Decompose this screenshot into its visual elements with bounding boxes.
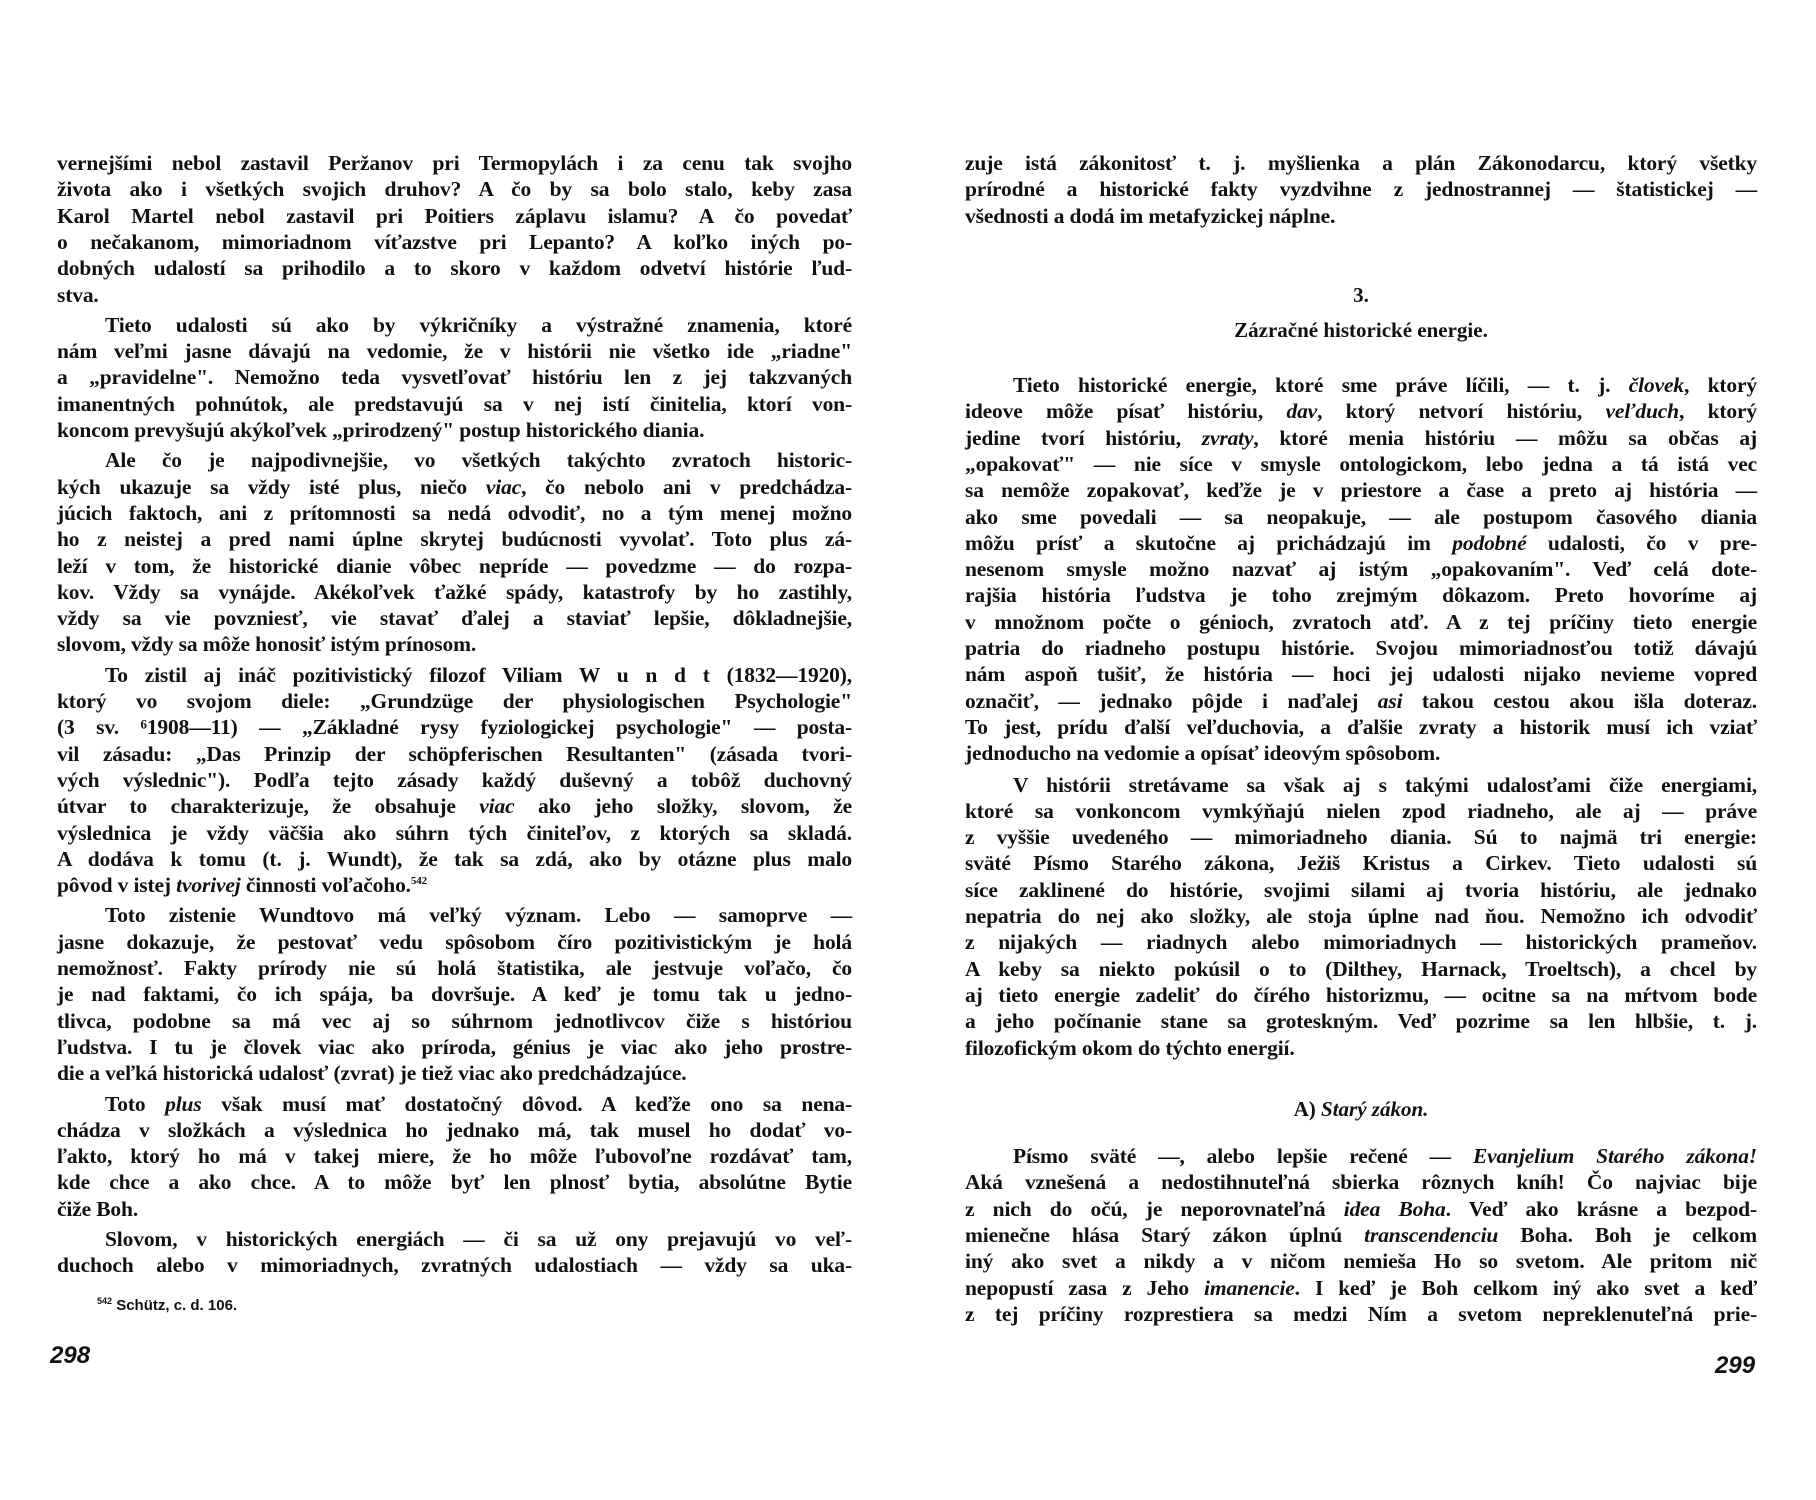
text-line: filozofickým okom do týchto energií. [965, 1035, 1757, 1062]
text-line: nemožnosť. Fakty prírody nie sú holá šta… [57, 955, 852, 982]
text-line: vždy sa vie povzniesť, vie stavať ďalej … [57, 605, 852, 632]
text-line: A keby sa niekto pokúsil o to (Dilthey, … [965, 956, 1757, 983]
text-line: Slovom, v historických energiách — či sa… [57, 1226, 852, 1253]
text-line: duchoch alebo v mimoriadnych, zvratných … [57, 1252, 852, 1279]
text-line: dobných udalostí sa prihodilo a to skoro… [57, 255, 852, 282]
text-line: všednosti a dodá im metafyzickej náplne. [965, 203, 1757, 230]
text-line: vernejšími nebol zastavil Peržanov pri T… [57, 150, 852, 177]
text-line: čiže Boh. [57, 1196, 852, 1223]
text-line: Písmo sväté —, alebo lepšie rečené — Eva… [965, 1143, 1757, 1170]
text-line: rajšia história ľudstva je toho zrejmým … [965, 582, 1757, 609]
text-line: jedine tvorí históriu, zvraty, ktoré men… [965, 425, 1757, 452]
text-line: ako sme povedali — sa neopakuje, — ale p… [965, 504, 1757, 531]
text-line: nepopustí zasa z Jeho imanencie. I keď j… [965, 1275, 1757, 1302]
text-line: z tej príčiny rozprestiera sa medzi Ním … [965, 1301, 1757, 1328]
text-line: Toto plus však musí mať dostatočný dôvod… [57, 1091, 852, 1118]
text-line: ideove môže písať históriu, dav, ktorý n… [965, 398, 1757, 425]
text-line: To jest, prídu ďalší veľduchovia, a ďalš… [965, 714, 1757, 741]
text-line: útvar to charakterizuje, že obsahuje via… [57, 793, 852, 820]
text-line: chádza v složkách a výslednica ho jednak… [57, 1117, 852, 1144]
text-line: o nečakanom, mimoriadnom víťazstve pri L… [57, 229, 852, 256]
text-line: Karol Martel nebol zastavil pri Poitiers… [57, 203, 852, 230]
text-line: koncom prevyšujú akýkoľvek „prirodzený" … [57, 417, 852, 444]
text-line: v množnom počte o génioch, zvratoch atď.… [965, 609, 1757, 636]
left-page: vernejšími nebol zastavil Peržanov pri T… [0, 0, 908, 1500]
text-line: stva. [57, 282, 852, 309]
text-line: Aká vznešená a nedostihnuteľná sbierka r… [965, 1169, 1757, 1196]
text-line: júcich faktoch, ani z prítomnosti sa ned… [57, 500, 852, 527]
text-line: ľudstva. I tu je človek viac ako príroda… [57, 1034, 852, 1061]
text-line: z vyššie uvedeného — mimoriadneho diania… [965, 824, 1757, 851]
text-line: označiť, — jednako pôjde i naďalej asi t… [965, 688, 1757, 715]
text-line: slovom, vždy sa môže honosiť istým príno… [57, 631, 852, 658]
text-line: ľakto, ktorý ho má v takej miere, že ho … [57, 1143, 852, 1170]
text-line: Toto zistenie Wundtovo má veľký význam. … [57, 902, 852, 929]
text-line: To zistil aj ináč pozitivistický filozof… [57, 662, 852, 689]
text-line: A dodáva k tomu (t. j. Wundt), že tak sa… [57, 846, 852, 873]
text-line: tlivca, podobne sa má vec aj so súhrnom … [57, 1008, 852, 1035]
subsection-title: Starý zákon. [1321, 1097, 1428, 1121]
section-title: Zázračné historické energie. [965, 318, 1757, 343]
footnote-text: Schütz, c. d. 106. [116, 1297, 237, 1314]
text-line: Tieto historické energie, ktoré sme práv… [965, 372, 1757, 399]
text-line: z nich do očú, je neporovnateľná idea Bo… [965, 1196, 1757, 1223]
text-line: aj tieto energie zadeliť do čírého histo… [965, 982, 1757, 1009]
text-line: síce zaklinené do histórie, svojimi sila… [965, 877, 1757, 904]
text-line: Tieto udalosti sú ako by výkričníky a vý… [57, 312, 852, 339]
text-line: die a veľká historická udalosť (zvrat) j… [57, 1060, 852, 1087]
text-line: nesenom smysle možno nazvať aj istým „op… [965, 556, 1757, 583]
text-line: prírodné a historické fakty vyzdvihne z … [965, 176, 1757, 203]
section-number: 3. [965, 283, 1757, 308]
text-line: a „pravidelne". Nemožno teda vysvetľovať… [57, 364, 852, 391]
text-line: jednoducho na vedomie a opísať ideovým s… [965, 740, 1757, 767]
text-line: patria do riadneho postupu histórie. Svo… [965, 635, 1757, 662]
text-line: leží v tom, že historické dianie vôbec n… [57, 553, 852, 580]
text-line: sa nemôže zopakovať, keďže je v priestor… [965, 477, 1757, 504]
text-line: kde chce a ako chce. A to môže byť len p… [57, 1169, 852, 1196]
page-number-left: 298 [50, 1342, 90, 1370]
text-line: Ale čo je najpodivnejšie, vo všetkých ta… [57, 447, 852, 474]
text-line: kov. Vždy sa vynájde. Akékoľvek ťažké sp… [57, 579, 852, 606]
text-line: ktoré sa vonkoncom vymkýňajú nielen zpod… [965, 798, 1757, 825]
text-line: jasne dokazuje, že pestovať vedu spôsobo… [57, 929, 852, 956]
text-line: iný ako svet a nikdy a v ničom nemieša H… [965, 1248, 1757, 1275]
text-line: je nad faktami, čo ich spája, ba dovršuj… [57, 981, 852, 1008]
footnote: 542 Schütz, c. d. 106. [97, 1296, 237, 1314]
text-line: vých výslednic"). Podľa tejto zásady kaž… [57, 767, 852, 794]
text-line: mienečne hlása Starý zákon úplnú transce… [965, 1222, 1757, 1249]
text-line: nám aspoň tušiť, že história — hoci jej … [965, 661, 1757, 688]
text-line: „opakovať" — nie síce v smysle ontologic… [965, 451, 1757, 478]
text-line: kých ukazuje sa vždy isté plus, niečo vi… [57, 474, 852, 501]
text-line: V histórii stretávame sa však aj s takým… [965, 772, 1757, 799]
text-line: života ako i všetkých svojich druhov? A … [57, 176, 852, 203]
text-line: vil zásadu: „Das Prinzip der schöpferisc… [57, 741, 852, 768]
text-line: (3 sv. ⁶1908—11) — „Základné rysy fyziol… [57, 714, 852, 741]
footnote-number: 542 [97, 1296, 112, 1306]
text-line: sväté Písmo Starého zákona, Ježiš Kristu… [965, 850, 1757, 877]
text-line: ktorý vo svojom diele: „Grundzüge der ph… [57, 688, 852, 715]
text-line: a jeho počínanie stane sa groteskným. Ve… [965, 1008, 1757, 1035]
text-line: výslednica je vždy väčšia ako súhrn tých… [57, 820, 852, 847]
text-line: môžu prísť a skutočne aj prichádzajú im … [965, 530, 1757, 557]
page-number-right: 299 [1715, 1352, 1755, 1380]
text-line: z nijakých — riadnych alebo mimoriadnych… [965, 929, 1757, 956]
text-line: nepatria do nej ako složky, ale stoja úp… [965, 903, 1757, 930]
right-page: zuje istá zákonitosť t. j. myšlienka a p… [908, 0, 1816, 1500]
subsection-label: A) [1294, 1097, 1316, 1121]
text-line: imanentných pohnútok, ale predstavujú sa… [57, 391, 852, 418]
text-line: nám veľmi jasne dávajú na vedomie, že v … [57, 338, 852, 365]
text-line: pôvod v istej tvorivej činnosti voľačoho… [57, 872, 852, 899]
text-line: ho z neistej a pred nami úplne skrytej b… [57, 526, 852, 553]
text-line: zuje istá zákonitosť t. j. myšlienka a p… [965, 150, 1757, 177]
subsection-heading: A) Starý zákon. [965, 1097, 1757, 1122]
